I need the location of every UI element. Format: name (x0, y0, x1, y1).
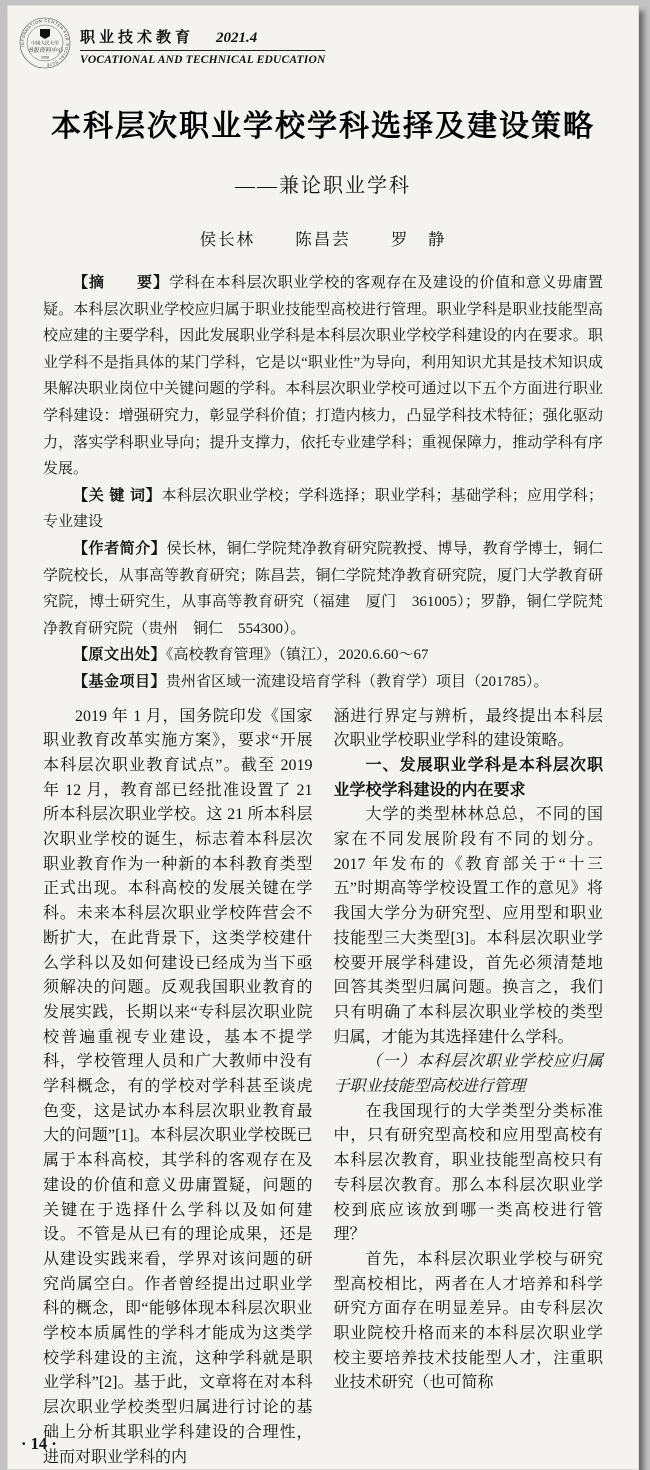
subsection-heading: （一）本科层次职业学校应归属于职业技能型高校进行管理 (334, 1050, 604, 1099)
journal-title-cn: 职业技术教育 (80, 26, 194, 47)
abstract-text: 学科在本科层次职业学校的客观存在及建设的价值和意义毋庸置疑。本科层次职业学校应归… (43, 275, 603, 477)
keywords-paragraph: 【关 键 词】本科层次职业学校；学科选择；职业学科；基础学科；应用学科；专业建设 (43, 483, 603, 536)
left-column: 2019 年 1 月，国务院印发《国家职业教育改革实施方案》，要求“开展本科层次… (43, 705, 313, 1470)
journal-title-en: VOCATIONAL AND TECHNICAL EDUCATION (80, 54, 325, 66)
author-line: 侯长林 陈昌芸 罗 静 (7, 226, 639, 250)
source-text: 《高校教育管理》（镇江），2020.6.60～67 (166, 647, 429, 663)
publisher-seal-icon: INFORMATION CENTER FOR SOCIAL SCIENCES 中… (19, 17, 71, 69)
article-meta-block: 【摘 要】学科在本科层次职业学校的客观存在及建设的价值和意义毋庸置疑。本科层次职… (43, 270, 603, 696)
page-number: · 14 · (21, 1434, 57, 1454)
author-bio-label: 【作者简介】 (73, 540, 166, 557)
fund-paragraph: 【基金项目】贵州省区域一流建设培育学科（教育学）项目（201785）。 (43, 669, 603, 696)
article-subtitle: ——兼论职业学科 (7, 169, 639, 198)
abstract-label: 【摘 要】 (73, 274, 169, 291)
seal-year-text: 1958 (41, 56, 49, 60)
journal-masthead: INFORMATION CENTER FOR SOCIAL SCIENCES 中… (7, 5, 639, 69)
abstract-paragraph: 【摘 要】学科在本科层次职业学校的客观存在及建设的价值和意义毋庸置疑。本科层次职… (43, 270, 603, 483)
seal-name-text: 书报资料中心 (27, 46, 64, 54)
fund-label: 【基金项目】 (73, 673, 166, 690)
journal-issue: 2021.4 (216, 30, 257, 47)
journal-title-block: 职业技术教育 2021.4 VOCATIONAL AND TECHNICAL E… (80, 17, 325, 66)
journal-page: INFORMATION CENTER FOR SOCIAL SCIENCES 中… (7, 5, 639, 1470)
right-column: 涵进行界定与辨析，最终提出本科层次职业学校职业学科的建设策略。 一、发展职业学科… (334, 705, 604, 1470)
source-label: 【原文出处】 (73, 646, 166, 663)
author-1: 侯长林 (200, 230, 256, 249)
seal-emblem-icon (40, 29, 50, 39)
seal-org-text: 中国人民大学 (31, 40, 59, 47)
article-body: 2019 年 1 月，国务院印发《国家职业教育改革实施方案》，要求“开展本科层次… (43, 705, 603, 1470)
masthead-rule (80, 50, 325, 51)
body-paragraph: 2019 年 1 月，国务院印发《国家职业教育改革实施方案》，要求“开展本科层次… (43, 705, 313, 1470)
section-heading: 一、发展职业学科是本科层次职业学校学科建设的内在要求 (334, 754, 604, 803)
author-2: 陈昌芸 (295, 230, 351, 249)
body-paragraph: 首先，本科层次职业学校与研究型高校相比，两者在人才培养和科学研究方面存在明显差异… (334, 1248, 604, 1396)
keywords-label: 【关 键 词】 (73, 487, 161, 504)
body-paragraph: 大学的类型林林总总，不同的国家在不同发展阶段有不同的划分。2017 年发布的《教… (334, 803, 604, 1050)
fund-text: 贵州省区域一流建设培育学科（教育学）项目（201785）。 (166, 674, 549, 690)
article-title: 本科层次职业学校学科选择及建设策略 (7, 101, 639, 145)
author-bio-paragraph: 【作者简介】侯长林，铜仁学院梵净教育研究院教授、博导，教育学博士，铜仁学院校长，… (43, 536, 603, 642)
author-3: 罗 静 (391, 230, 447, 249)
body-paragraph: 在我国现行的大学类型分类标准中，只有研究型高校和应用型高校有本科层次教育，职业技… (334, 1100, 604, 1248)
body-paragraph-continuation: 涵进行界定与辨析，最终提出本科层次职业学校职业学科的建设策略。 (334, 705, 604, 754)
source-paragraph: 【原文出处】《高校教育管理》（镇江），2020.6.60～67 (43, 642, 603, 669)
